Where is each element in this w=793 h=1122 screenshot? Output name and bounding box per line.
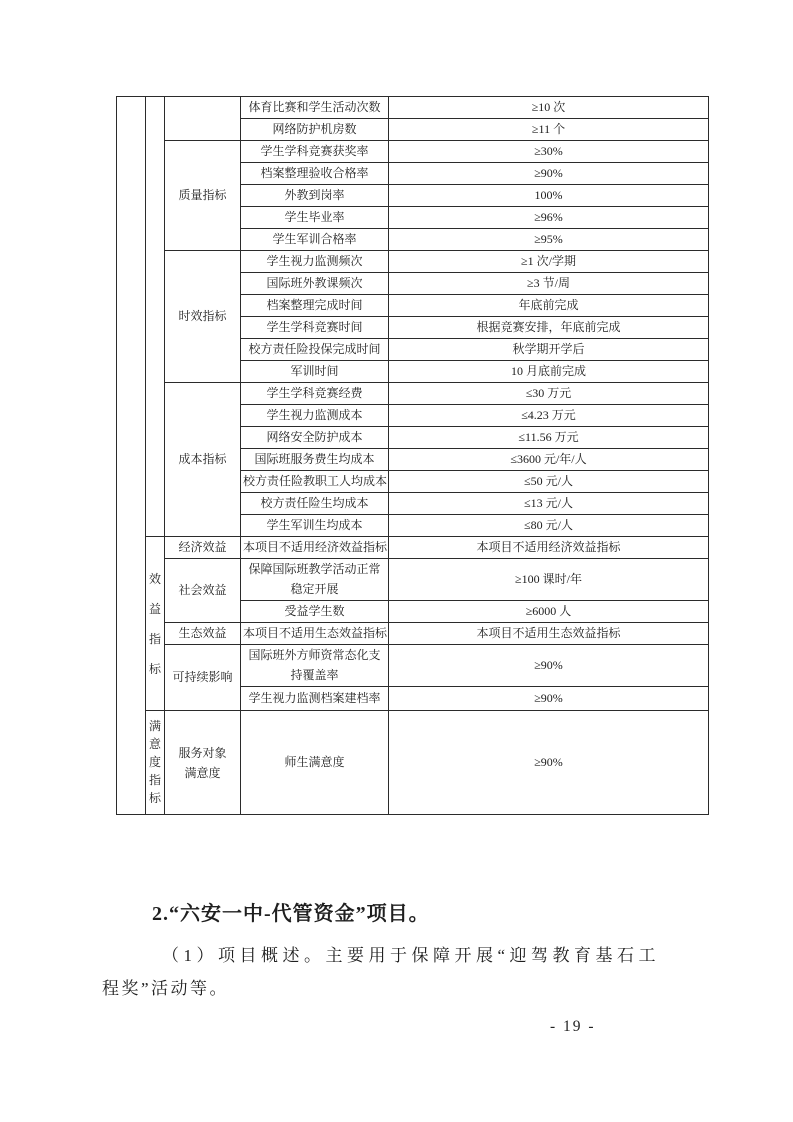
indicator-value-cell: ≥100 课时/年	[389, 559, 709, 601]
indicator-value-cell: ≥96%	[389, 207, 709, 229]
table-row: 生态效益 本项目不适用生态效益指标 本项目不适用生态效益指标	[117, 623, 709, 645]
table-row: 社会效益 保障国际班教学活动正常稳定开展 ≥100 课时/年	[117, 559, 709, 601]
table-row: 效益指标 经济效益 本项目不适用经济效益指标 本项目不适用经济效益指标	[117, 537, 709, 559]
indicator-value-cell: ≤80 元/人	[389, 515, 709, 537]
indicator-name-cell: 体育比赛和学生活动次数	[241, 97, 389, 119]
indicator-value-cell: ≥1 次/学期	[389, 251, 709, 273]
indicator-value-cell: ≤50 元/人	[389, 471, 709, 493]
indicator-name-cell: 学生学科竞赛获奖率	[241, 141, 389, 163]
l2-group-cell-social: 社会效益	[165, 559, 241, 623]
l2-group-cell-service-target: 服务对象满意度	[165, 711, 241, 815]
indicator-value-cell: ≥30%	[389, 141, 709, 163]
indicator-name-cell: 师生满意度	[241, 711, 389, 815]
indicator-value-cell: ≥6000 人	[389, 601, 709, 623]
indicator-name-cell: 国际班外教课频次	[241, 273, 389, 295]
indicator-name-cell: 国际班服务费生均成本	[241, 449, 389, 471]
l1-satisfaction-label: 满意度指标	[148, 717, 161, 807]
indicator-name-cell: 校方责任险投保完成时间	[241, 339, 389, 361]
l1-group-cell-satisfaction: 满意度指标	[146, 711, 165, 815]
table-row: 满意度指标 服务对象满意度 师生满意度 ≥90%	[117, 711, 709, 815]
indicator-value-cell: 秋学期开学后	[389, 339, 709, 361]
l2-service-target-label: 服务对象满意度	[178, 743, 228, 783]
l2-group-cell-economic: 经济效益	[165, 537, 241, 559]
performance-indicator-table: 体育比赛和学生活动次数 ≥10 次 网络防护机房数 ≥11 个 质量指标 学生学…	[116, 96, 709, 815]
l2-group-cell-ecological: 生态效益	[165, 623, 241, 645]
indicator-value-cell: 10 月底前完成	[389, 361, 709, 383]
indicator-name-cell: 学生军训合格率	[241, 229, 389, 251]
indicator-name-cell: 军训时间	[241, 361, 389, 383]
l2-group-cell-cost: 成本指标	[165, 383, 241, 537]
indicator-value-cell: 100%	[389, 185, 709, 207]
section-heading: 2.“六安一中-代管资金”项目。	[152, 897, 430, 926]
indicator-value-cell: 本项目不适用经济效益指标	[389, 537, 709, 559]
indicator-value-cell: ≤4.23 万元	[389, 405, 709, 427]
table-row: 成本指标 学生学科竞赛经费 ≤30 万元	[117, 383, 709, 405]
indicator-name-cell: 学生视力监测成本	[241, 405, 389, 427]
indicator-value-cell: ≥10 次	[389, 97, 709, 119]
l2-continuation-cell	[165, 97, 241, 141]
indicator-name-cell: 校方责任险教职工人均成本	[241, 471, 389, 493]
l2-group-cell-timeliness: 时效指标	[165, 251, 241, 383]
indicator-name-cell: 档案整理验收合格率	[241, 163, 389, 185]
indicator-value-cell: 本项目不适用生态效益指标	[389, 623, 709, 645]
paragraph-line-1: （1）项目概述。主要用于保障开展“迎驾教育基石工	[162, 941, 660, 966]
indicator-name-cell: 本项目不适用生态效益指标	[241, 623, 389, 645]
indicator-value-cell: ≥90%	[389, 163, 709, 185]
indicator-name-cell: 网络防护机房数	[241, 119, 389, 141]
indicator-name-cell: 学生视力监测频次	[241, 251, 389, 273]
indicator-name-cell: 外教到岗率	[241, 185, 389, 207]
l2-group-cell-quality: 质量指标	[165, 141, 241, 251]
indicator-value-cell: ≤13 元/人	[389, 493, 709, 515]
indicator-value-cell: ≥90%	[389, 687, 709, 711]
indicator-value-cell: ≤11.56 万元	[389, 427, 709, 449]
l2-group-cell-sustainable: 可持续影响	[165, 645, 241, 711]
table-row: 可持续影响 国际班外方师资常态化支持覆盖率 ≥90%	[117, 645, 709, 687]
indicator-value-cell: ≥3 节/周	[389, 273, 709, 295]
document-page: 体育比赛和学生活动次数 ≥10 次 网络防护机房数 ≥11 个 质量指标 学生学…	[0, 0, 793, 1122]
indicator-value-cell: 年底前完成	[389, 295, 709, 317]
l0-spacer-cell	[117, 97, 146, 815]
table-row: 体育比赛和学生活动次数 ≥10 次	[117, 97, 709, 119]
table-row: 时效指标 学生视力监测频次 ≥1 次/学期	[117, 251, 709, 273]
indicator-name-cell: 保障国际班教学活动正常稳定开展	[241, 559, 389, 601]
indicator-value-cell: 根据竞赛安排，年底前完成	[389, 317, 709, 339]
l1-group-cell-benefit: 效益指标	[146, 537, 165, 711]
indicator-name-cell: 校方责任险生均成本	[241, 493, 389, 515]
indicator-value-cell: ≥11 个	[389, 119, 709, 141]
table-row: 质量指标 学生学科竞赛获奖率 ≥30%	[117, 141, 709, 163]
indicator-value-cell: ≥90%	[389, 711, 709, 815]
indicator-name-cell: 学生视力监测档案建档率	[241, 687, 389, 711]
indicator-name-cell: 受益学生数	[241, 601, 389, 623]
paragraph-line-2: 程奖”活动等。	[102, 974, 229, 999]
indicator-name-cell: 档案整理完成时间	[241, 295, 389, 317]
indicator-value-cell: ≤3600 元/年/人	[389, 449, 709, 471]
l1-benefit-label: 效益指标	[148, 564, 161, 684]
indicator-name-cell: 国际班外方师资常态化支持覆盖率	[241, 645, 389, 687]
l1-output-continuation-cell	[146, 97, 165, 537]
indicator-name-cell: 学生学科竞赛时间	[241, 317, 389, 339]
indicator-value-cell: ≥90%	[389, 645, 709, 687]
indicator-name-cell: 本项目不适用经济效益指标	[241, 537, 389, 559]
indicator-value-cell: ≤30 万元	[389, 383, 709, 405]
indicator-name-cell: 学生军训生均成本	[241, 515, 389, 537]
page-number: - 19 -	[550, 1018, 596, 1036]
indicator-value-cell: ≥95%	[389, 229, 709, 251]
indicator-name-cell: 学生学科竞赛经费	[241, 383, 389, 405]
indicator-name-cell: 学生毕业率	[241, 207, 389, 229]
indicator-name-cell: 网络安全防护成本	[241, 427, 389, 449]
